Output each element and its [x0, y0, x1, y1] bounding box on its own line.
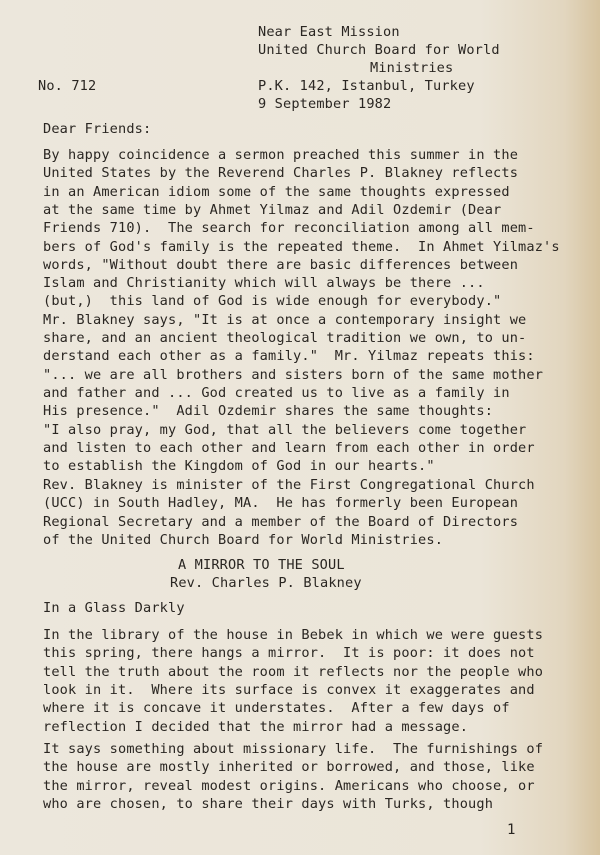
text-line: United States by the Reverend Charles P.…: [43, 165, 518, 182]
text-line: "... we are all brothers and sisters bor…: [43, 367, 543, 384]
text-line: the house are mostly inherited or borrow…: [43, 759, 535, 776]
text-line: look in it. Where its surface is convex …: [43, 682, 535, 699]
sender-organization: Near East Mission: [258, 24, 400, 41]
text-line: Friends 710). The search for reconciliat…: [43, 220, 535, 237]
sermon-title: A MIRROR TO THE SOUL: [178, 557, 345, 574]
text-line: It says something about missionary life.…: [43, 741, 543, 758]
text-line: Regional Secretary and a member of the B…: [43, 514, 518, 531]
text-line: this spring, there hangs a mirror. It is…: [43, 645, 535, 662]
text-line: By happy coincidence a sermon preached t…: [43, 147, 518, 164]
text-line: reflection I decided that the mirror had…: [43, 719, 468, 736]
letter-number: No. 712: [38, 78, 96, 95]
text-line: and father and ... God created us to liv…: [43, 385, 510, 402]
text-line: of the United Church Board for World Min…: [43, 532, 443, 549]
text-line: tell the truth about the room it reflect…: [43, 664, 543, 681]
text-line: (but,) this land of God is wide enough f…: [43, 293, 501, 310]
text-line: "I also pray, my God, that all the belie…: [43, 422, 526, 439]
letter-date: 9 September 1982: [258, 96, 391, 113]
sermon-author: Rev. Charles P. Blakney: [170, 575, 362, 592]
salutation: Dear Friends:: [43, 121, 151, 138]
letter-page: Near East Mission United Church Board fo…: [0, 0, 600, 855]
text-line: in an American idiom some of the same th…: [43, 184, 510, 201]
text-line: (UCC) in South Hadley, MA. He has former…: [43, 495, 518, 512]
text-line: where it is concave it understates. Afte…: [43, 700, 510, 717]
text-line: In the library of the house in Bebek in …: [43, 627, 543, 644]
text-line: at the same time by Ahmet Yilmaz and Adi…: [43, 202, 501, 219]
page-number: 1: [507, 822, 515, 838]
text-line: who are chosen, to share their days with…: [43, 796, 493, 813]
sender-board: United Church Board for World: [258, 42, 500, 59]
sermon-subheading: In a Glass Darkly: [43, 600, 185, 617]
text-line: share, and an ancient theological tradit…: [43, 330, 526, 347]
text-line: the mirror, reveal modest origins. Ameri…: [43, 778, 535, 795]
text-line: Islam and Christianity which will always…: [43, 275, 485, 292]
text-line: Rev. Blakney is minister of the First Co…: [43, 477, 535, 494]
text-line: His presence." Adil Ozdemir shares the s…: [43, 403, 493, 420]
text-line: to establish the Kingdom of God in our h…: [43, 458, 435, 475]
text-line: Mr. Blakney says, "It is at once a conte…: [43, 312, 526, 329]
text-line: bers of God's family is the repeated the…: [43, 239, 560, 256]
text-line: words, "Without doubt there are basic di…: [43, 257, 518, 274]
text-line: and listen to each other and learn from …: [43, 440, 535, 457]
sender-address: P.K. 142, Istanbul, Turkey: [258, 78, 475, 95]
sender-board-cont: Ministries: [370, 60, 453, 77]
text-line: derstand each other as a family." Mr. Yi…: [43, 348, 535, 365]
